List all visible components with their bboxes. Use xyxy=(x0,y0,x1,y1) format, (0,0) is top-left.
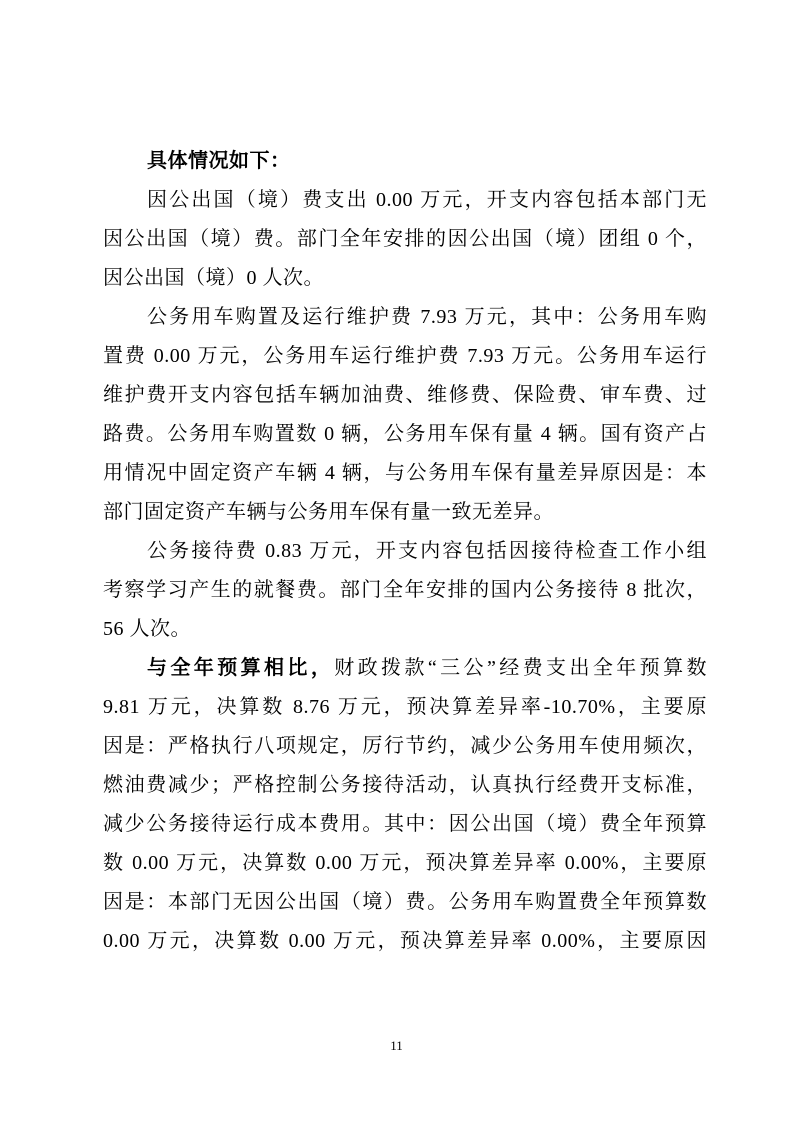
body-text: 燃油费减少；严格控制公务接待活动，认真执行经费开支标准， xyxy=(103,774,707,796)
bold-text: 与全年预算相比， xyxy=(147,657,334,679)
p4-line5: 减少公务接待运行成本费用。其中：因公出国（境）费全年预算 xyxy=(103,805,707,844)
body-text: 数 0.00 万元，决算数 0.00 万元，预决算差异率 0.00%，主要原 xyxy=(103,852,707,874)
p4-line1: 与全年预算相比，财政拨款“三公”经费支出全年预算数 xyxy=(103,649,707,688)
body-text: 置费 0.00 万元，公务用车运行维护费 7.93 万元。公务用车运行 xyxy=(103,345,707,367)
body-text: 因公出国（境）费支出 0.00 万元，开支内容包括本部门无 xyxy=(147,189,707,211)
document-body: 具体情况如下：因公出国（境）费支出 0.00 万元，开支内容包括本部门无因公出国… xyxy=(103,142,707,961)
body-text: 因公出国（境）0 人次。 xyxy=(103,267,324,289)
body-text: 路费。公务用车购置数 0 辆，公务用车保有量 4 辆。国有资产占 xyxy=(103,423,707,445)
p4-line2: 9.81 万元，决算数 8.76 万元，预决算差异率-10.70%，主要原 xyxy=(103,688,707,727)
p3-line2: 考察学习产生的就餐费。部门全年安排的国内公务接待 8 批次， xyxy=(103,571,707,610)
body-text: 0.00 万元，决算数 0.00 万元，预决算差异率 0.00%，主要原因 xyxy=(103,930,707,952)
p4-line3: 因是：严格执行八项规定，厉行节约，减少公务用车使用频次， xyxy=(103,727,707,766)
body-text: 部门固定资产车辆与公务用车保有量一致无差异。 xyxy=(103,501,554,523)
p2-line4: 路费。公务用车购置数 0 辆，公务用车保有量 4 辆。国有资产占 xyxy=(103,415,707,454)
body-text: 减少公务接待运行成本费用。其中：因公出国（境）费全年预算 xyxy=(103,813,707,835)
document-page: 具体情况如下：因公出国（境）费支出 0.00 万元，开支内容包括本部门无因公出国… xyxy=(0,0,793,1122)
p1-line3: 因公出国（境）0 人次。 xyxy=(103,259,707,298)
body-text: 考察学习产生的就餐费。部门全年安排的国内公务接待 8 批次， xyxy=(103,579,707,601)
p4-line4: 燃油费减少；严格控制公务接待活动，认真执行经费开支标准， xyxy=(103,766,707,805)
p1-line1: 因公出国（境）费支出 0.00 万元，开支内容包括本部门无 xyxy=(103,181,707,220)
body-text: 公务接待费 0.83 万元，开支内容包括因接待检查工作小组 xyxy=(147,540,707,562)
p4-line8: 0.00 万元，决算数 0.00 万元，预决算差异率 0.00%，主要原因 xyxy=(103,922,707,961)
body-text: 用情况中固定资产车辆 4 辆，与公务用车保有量差异原因是：本 xyxy=(103,462,707,484)
body-text: 56 人次。 xyxy=(103,618,191,640)
body-text: 因是：严格执行八项规定，厉行节约，减少公务用车使用频次， xyxy=(103,735,707,757)
body-text: 因公出国（境）费。部门全年安排的因公出国（境）团组 0 个， xyxy=(103,228,707,250)
p2-line6: 部门固定资产车辆与公务用车保有量一致无差异。 xyxy=(103,493,707,532)
bold-text: 具体情况如下： xyxy=(147,150,291,172)
p1-line2: 因公出国（境）费。部门全年安排的因公出国（境）团组 0 个， xyxy=(103,220,707,259)
p4-line6: 数 0.00 万元，决算数 0.00 万元，预决算差异率 0.00%，主要原 xyxy=(103,844,707,883)
body-text: 因是：本部门无因公出国（境）费。公务用车购置费全年预算数 xyxy=(103,891,707,913)
body-text: 公务用车购置及运行维护费 7.93 万元，其中：公务用车购 xyxy=(147,306,707,328)
p3-line1: 公务接待费 0.83 万元，开支内容包括因接待检查工作小组 xyxy=(103,532,707,571)
p2-line5: 用情况中固定资产车辆 4 辆，与公务用车保有量差异原因是：本 xyxy=(103,454,707,493)
body-text: 9.81 万元，决算数 8.76 万元，预决算差异率-10.70%，主要原 xyxy=(103,696,707,718)
body-text: 维护费开支内容包括车辆加油费、维修费、保险费、审车费、过 xyxy=(103,384,707,406)
p3-line3: 56 人次。 xyxy=(103,610,707,649)
body-text: 财政拨款“三公”经费支出全年预算数 xyxy=(334,657,707,679)
p4-line7: 因是：本部门无因公出国（境）费。公务用车购置费全年预算数 xyxy=(103,883,707,922)
p2-line2: 置费 0.00 万元，公务用车运行维护费 7.93 万元。公务用车运行 xyxy=(103,337,707,376)
p2-line3: 维护费开支内容包括车辆加油费、维修费、保险费、审车费、过 xyxy=(103,376,707,415)
page-number: 11 xyxy=(0,1038,793,1054)
p2-line1: 公务用车购置及运行维护费 7.93 万元，其中：公务用车购 xyxy=(103,298,707,337)
section-heading: 具体情况如下： xyxy=(103,142,707,181)
